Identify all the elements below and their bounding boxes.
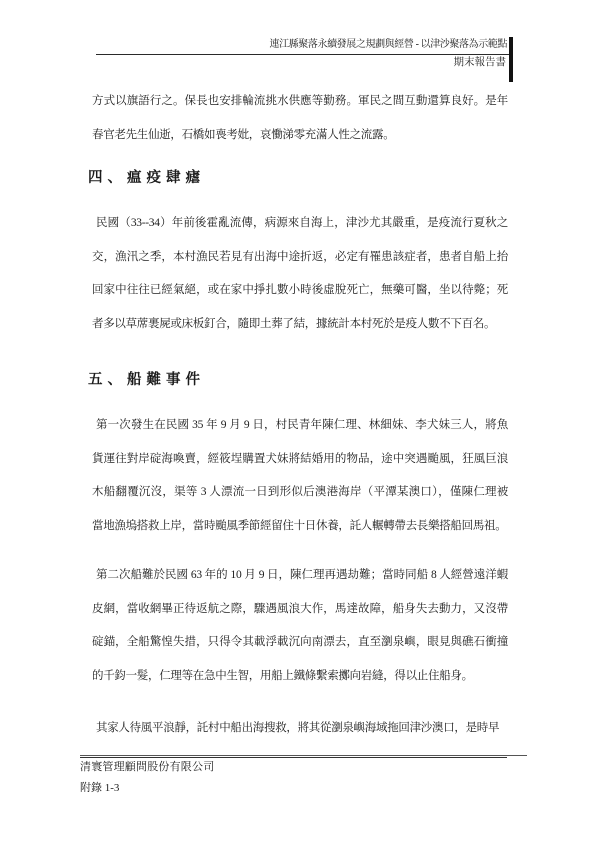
paragraph: 第一次發生在民國 35 年 9 月 9 日，村民青年陳仁理、林細妹、李犬妹三人，…: [92, 409, 508, 543]
text-line: 民國（33--34）年前後霍亂流傳，病源來自海上，津沙尤其嚴重，是疫流行夏秋之: [92, 207, 508, 241]
footer-rule-bottom: [80, 757, 507, 758]
text-line: 第二次船難於民國 63 年的 10 月 9 日，陳仁理再遇劫難；當時同船 8 人…: [92, 559, 508, 593]
text-line: 方式以旗語行之。保長也安排輪流挑水供應等勤務。軍民之間互動還算良好。是年: [92, 85, 508, 119]
text-line: 當地漁塢搭救上岸，當時颱風季節經留住十日休養，託人輾轉帶去長樂搭船回馬祖。: [92, 510, 508, 544]
document-page: 連江縣聚落永續發展之規劃與經營 - 以津沙聚落為示範點 期末報告書 方式以旗語行…: [0, 0, 600, 848]
footer-appendix-label: 附錄 1-3: [80, 781, 119, 796]
text-line: 回家中往往已經氣絕，或在家中掙扎數小時後虛脫死亡，無藥可醫，坐以待斃；死: [92, 274, 508, 308]
text-line: 交，漁汛之季，本村漁民若見有出海中途折返，必定有罹患該症者，患者自船上抬: [92, 241, 508, 275]
text-line: 其家人待風平浪靜，託村中船出海搜救，將其從瀏泉嶼海域拖回津沙澳口，是時早: [92, 712, 508, 746]
paragraph: 其家人待風平浪靜，託村中船出海搜救，將其從瀏泉嶼海域拖回津沙澳口，是時早: [92, 712, 508, 746]
paragraph: 第二次船難於民國 63 年的 10 月 9 日，陳仁理再遇劫難；當時同船 8 人…: [92, 559, 508, 693]
text-line: 木船翻覆沉沒，渠等 3 人漂流一日到形似后澳港海岸（平潭某澳口），僅陳仁理被: [92, 476, 508, 510]
text-line: 皮網，當收網畢正待返航之際，驟遇風浪大作，馬達故障，船身失去動力，又沒帶: [92, 593, 508, 627]
text-line: 的千鈞一髮，仁理等在急中生智，用船上鐵條繫索擲向岩縫，得以止住船身。: [92, 660, 508, 694]
section-heading: 四、瘟疫肆瘧: [88, 168, 508, 188]
text-line: 春官老先生仙逝，石橋如喪考妣，哀慟涕零充滿人性之流露。: [92, 119, 508, 153]
text-line: 貨運往對岸碇海喚賣，經筱埕購置犬妹將結婚用的物品，途中突遇颱風，狂風巨浪: [92, 443, 508, 477]
section-heading: 五、船難事件: [88, 370, 508, 390]
text-line: 者多以草蓆裹屍或床板釘合，隨即土葬了結，據統計本村死於是疫人數不下百名。: [92, 308, 508, 342]
header-right-bar: [509, 37, 513, 82]
text-line: 碇錨，全船驚惶失措，只得令其載浮載沉向南漂去，直至瀏泉嶼，眼見與礁石衝撞: [92, 626, 508, 660]
document-body: 方式以旗語行之。保長也安排輪流挑水供應等勤務。軍民之間互動還算良好。是年春官老先…: [92, 0, 508, 746]
footer-rule-top: [80, 755, 527, 756]
paragraph: 民國（33--34）年前後霍亂流傳，病源來自海上，津沙尤其嚴重，是疫流行夏秋之交…: [92, 207, 508, 341]
footer-company: 清寰管理顧問股份有限公司: [80, 760, 214, 775]
text-line: 第一次發生在民國 35 年 9 月 9 日，村民青年陳仁理、林細妹、李犬妹三人，…: [92, 409, 508, 443]
paragraph: 方式以旗語行之。保長也安排輪流挑水供應等勤務。軍民之間互動還算良好。是年春官老先…: [92, 85, 508, 152]
